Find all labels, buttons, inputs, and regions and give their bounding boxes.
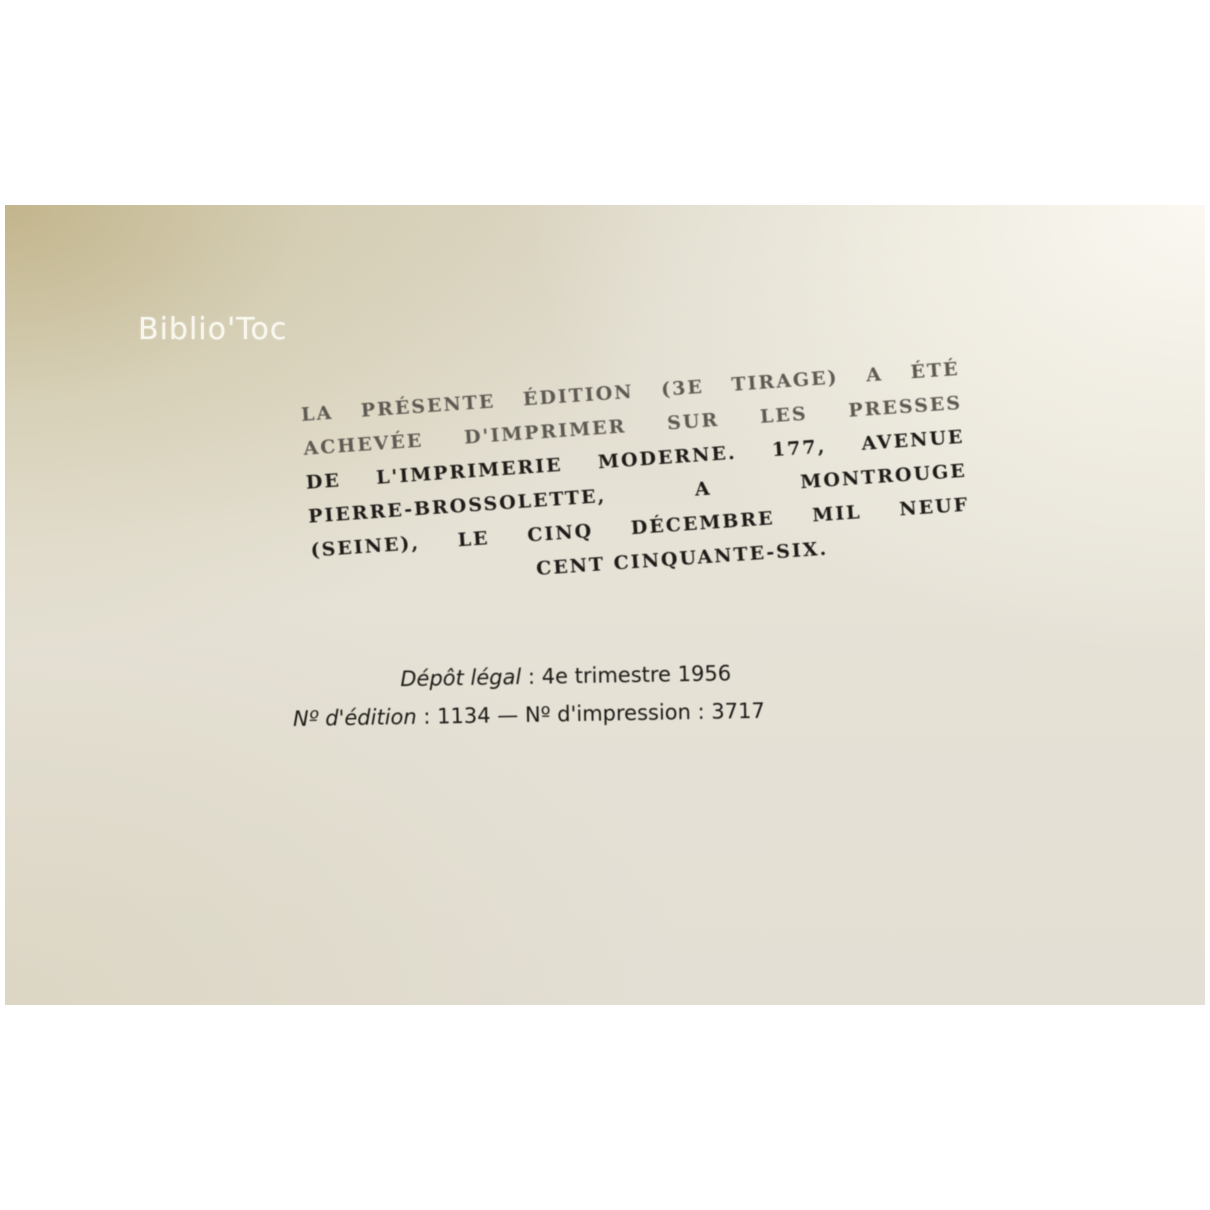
- depot-label: Dépôt légal: [400, 665, 521, 691]
- edition-value: 1134: [437, 704, 491, 729]
- depot-value: 4e trimestre 1956: [542, 661, 732, 688]
- legal-deposit-block: Dépôt légal : 4e trimestre 1956 Nº d'édi…: [292, 650, 973, 738]
- colon: :: [528, 665, 542, 689]
- edition-label: Nº d'édition: [293, 705, 417, 731]
- colon: :: [697, 700, 711, 724]
- colon: :: [423, 704, 437, 728]
- impression-value: 3717: [711, 699, 765, 724]
- impression-label: Nº d'impression: [525, 700, 691, 727]
- watermark: Biblio'Toc: [138, 312, 287, 347]
- separator: —: [497, 703, 525, 727]
